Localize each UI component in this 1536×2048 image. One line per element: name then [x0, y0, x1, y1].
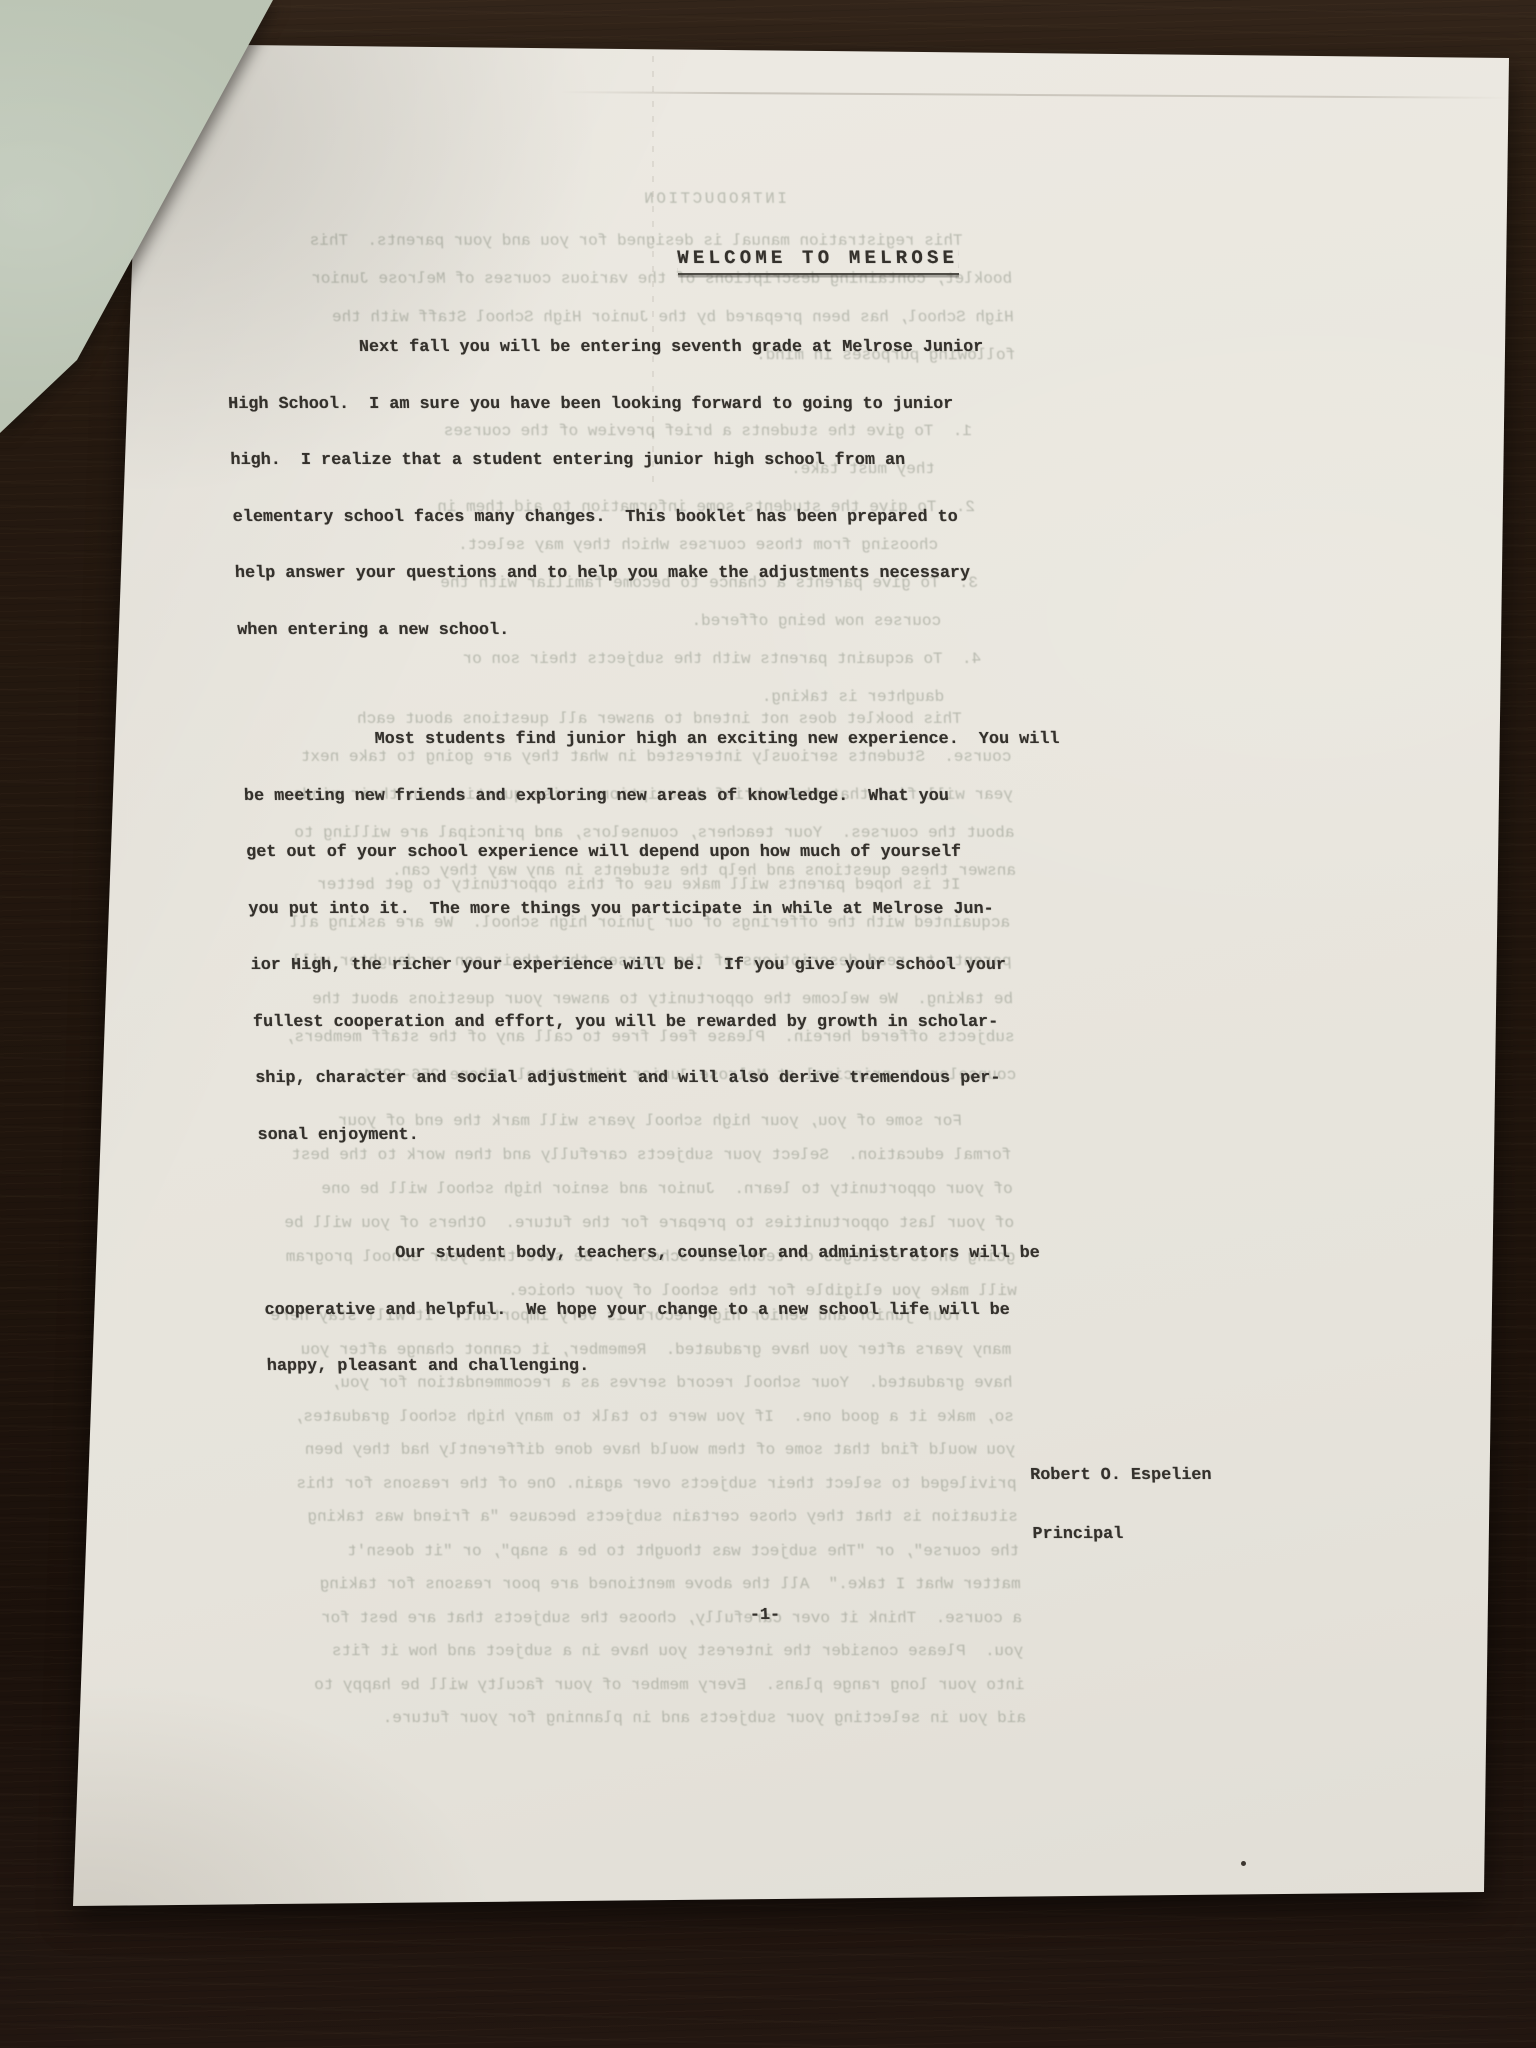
typed-paragraph: Next fall you will be entering seventh g…	[225, 320, 1079, 659]
document-title: WELCOME TO MELROSE	[677, 247, 959, 275]
typed-line: get out of your school experience will d…	[245, 825, 1087, 882]
signature-block: Robert O. Espelien Principal	[1029, 1446, 1215, 1564]
typed-line: Most students find junior high an exciti…	[241, 712, 1083, 769]
typed-line: ior High, the richer your experience wil…	[250, 938, 1092, 995]
typed-line: happy, pleasant and challenging.	[266, 1339, 1108, 1396]
typed-paragraph: Most students find junior high an exciti…	[241, 712, 1099, 1164]
typed-line: when entering a new school.	[236, 603, 1078, 660]
typed-paragraph: Our student body, teachers, counselor an…	[261, 1226, 1108, 1396]
document-page: INTRODUCTION This registration manual is…	[0, 0, 1536, 2048]
typed-line: ship, character and social adjustment an…	[254, 1051, 1096, 1108]
typed-line: Next fall you will be entering seventh g…	[225, 320, 1067, 377]
typed-text-layer: INTRODUCTION This registration manual is…	[0, 0, 1536, 2048]
typed-line: fullest cooperation and effort, you will…	[252, 995, 1094, 1052]
letter-text: WELCOME TO MELROSE Next fall you will be…	[0, 0, 1536, 2048]
typed-line: cooperative and helpful. We hope your ch…	[264, 1283, 1106, 1340]
signature-role: Principal	[1031, 1505, 1215, 1564]
typed-line: sonal enjoyment.	[256, 1108, 1098, 1165]
typed-line: Our student body, teachers, counselor an…	[261, 1226, 1103, 1283]
typed-line: help answer your questions and to help y…	[234, 546, 1076, 603]
typed-line: you put into it. The more things you par…	[247, 882, 1089, 939]
typed-line: elementary school faces many changes. Th…	[232, 490, 1074, 547]
page-number: -1-	[749, 1588, 781, 1644]
dust-speck	[1241, 1861, 1246, 1866]
photo-canvas: INTRODUCTION This registration manual is…	[0, 0, 1536, 2048]
typed-line: High School. I am sure you have been loo…	[227, 377, 1069, 434]
typed-line: be meeting new friends and exploring new…	[243, 769, 1085, 826]
signature-name: Robert O. Espelien	[1029, 1446, 1213, 1505]
typed-line: high. I realize that a student entering …	[229, 433, 1071, 490]
document-page-wrapper: INTRODUCTION This registration manual is…	[0, 0, 1536, 2048]
